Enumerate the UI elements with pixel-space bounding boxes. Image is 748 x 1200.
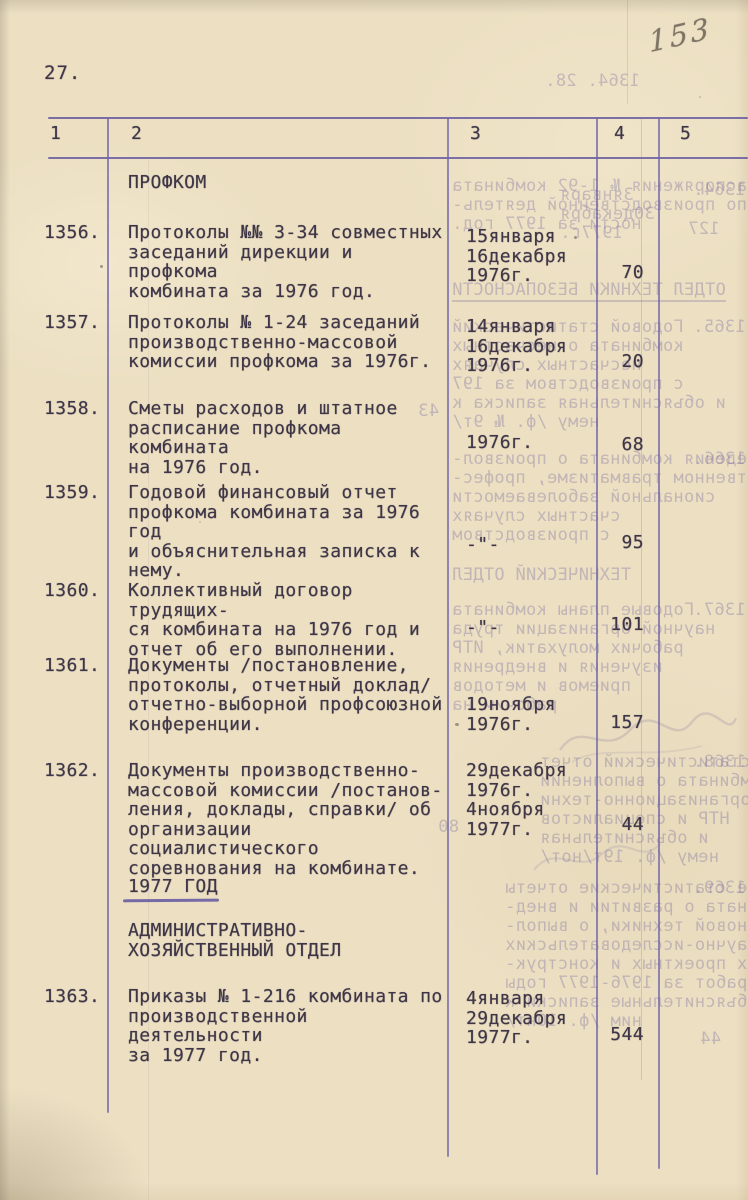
entry-sheet-count: 68 [556, 435, 644, 455]
entry-description: Годовой финансовый отчет профкома комбин… [128, 483, 450, 581]
dust-speck [199, 521, 201, 523]
entry-sheet-count: 544 [556, 1025, 644, 1045]
entry-number: 1363. [44, 987, 114, 1007]
entry-description: Документы производственно- массовой коми… [128, 761, 450, 878]
section-heading: АДМИНИСТРАТИВНО- [128, 921, 308, 941]
dust-speck [699, 96, 701, 98]
entry-description: Документы /постановление, протоколы, отч… [128, 656, 450, 734]
entry-description: Коллективный договор трудящих- ся комбин… [128, 581, 450, 659]
entry-number: 1358. [44, 399, 114, 419]
entry-number: 1361. [44, 656, 114, 676]
entry-sheet-count: 95 [556, 533, 644, 553]
entry-sheet-count: 20 [556, 352, 644, 372]
table-rows-layer: ПРОФКОМ1356.Протоколы №№ 3-34 совместных… [0, 0, 748, 1200]
entry-sheet-count: 70 [556, 263, 644, 283]
entry-number: 1359. [44, 483, 114, 503]
entry-number: 1357. [44, 313, 114, 333]
entry-description: Протоколы №№ 3-34 совместных заседаний д… [128, 223, 450, 301]
section-underline-ink [123, 899, 219, 903]
entry-description: Протоколы № 1-24 заседаний производствен… [128, 313, 450, 372]
entry-description: Сметы расходов и штатное расписание проф… [128, 399, 450, 477]
entry-sheet-count: 101 [556, 615, 644, 635]
section-heading: ХОЗЯЙСТВЕННЫЙ ОТДЕЛ [128, 941, 342, 961]
entry-number: 1360. [44, 581, 114, 601]
entry-number: 1356. [44, 223, 114, 243]
entry-sheet-count: 44 [556, 815, 644, 835]
section-heading: ПРОФКОМ [128, 173, 207, 193]
entry-description: Приказы № 1-216 комбината по производств… [128, 987, 450, 1065]
scanned-archive-inventory-page: 1364. 28.1364.Распоряжения № 1-92 комбин… [0, 0, 748, 1200]
section-heading: 1977 ГОД [128, 877, 218, 897]
entry-number: 1362. [44, 761, 114, 781]
dust-speck [100, 265, 103, 268]
entry-sheet-count: 157 [556, 713, 644, 733]
dust-speck [455, 723, 459, 726]
dust-speck [574, 236, 577, 239]
